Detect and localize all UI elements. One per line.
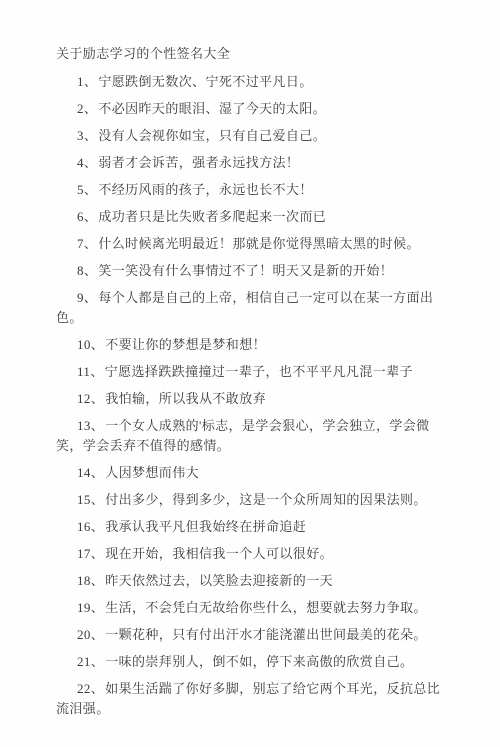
item-text: 如果生活踹了你好多脚，别忘了给它两个耳光，反抗总比流泪强。 <box>56 681 440 716</box>
item-text: 每个人都是自己的上帝，相信自己一定可以在某一方面出色。 <box>56 290 433 325</box>
item-text: 什么时候离光明最近！那就是你觉得黑暗太黑的时候。 <box>98 236 420 251</box>
list-item: 16、我承认我平凡但我始终在拼命追赶 <box>56 517 450 537</box>
list-item: 5、不经历风雨的孩子，永远也长不大！ <box>56 180 450 200</box>
item-number: 19、 <box>77 600 105 615</box>
item-text: 不经历风雨的孩子，永远也长不大！ <box>98 182 312 197</box>
list-item: 1、宁愿跌倒无数次、宁死不过平凡日。 <box>56 72 450 92</box>
item-text: 宁愿选择跌跌撞撞过一辈子，也不平平凡凡混一辈子 <box>105 364 413 379</box>
item-number: 3、 <box>77 128 98 143</box>
item-text: 不要让你的梦想是梦和想！ <box>105 337 266 352</box>
list-item: 19、生活，不会凭白无故给你些什么，想要就去努力争取。 <box>56 598 450 618</box>
list-item: 4、弱者才会诉苦，强者永远找方法！ <box>56 153 450 173</box>
item-text: 不必因昨天的眼泪、湿了今天的太阳。 <box>98 101 326 116</box>
item-number: 10、 <box>77 337 105 352</box>
item-number: 16、 <box>77 519 105 534</box>
item-number: 15、 <box>77 492 105 507</box>
item-number: 4、 <box>77 155 98 170</box>
item-text: 弱者才会诉苦，强者永远找方法！ <box>98 155 299 170</box>
page-title: 关于励志学习的个性签名大全 <box>56 44 450 64</box>
item-number: 14、 <box>77 465 105 480</box>
item-number: 2、 <box>77 101 98 116</box>
item-number: 11、 <box>77 364 105 379</box>
document-page: 关于励志学习的个性签名大全 1、宁愿跌倒无数次、宁死不过平凡日。 2、不必因昨天… <box>0 0 500 747</box>
item-text: 生活，不会凭白无故给你些什么，想要就去努力争取。 <box>105 600 427 615</box>
list-item: 12、我怕输，所以我从不敢放弃 <box>56 389 450 409</box>
item-text: 成功者只是比失败者多爬起来一次而已 <box>98 209 326 224</box>
list-item: 10、不要让你的梦想是梦和想！ <box>56 335 450 355</box>
item-number: 18、 <box>77 573 105 588</box>
item-number: 22、 <box>77 681 105 696</box>
item-number: 13、 <box>77 418 105 433</box>
item-text: 一个女人成熟的'标志，是学会狠心，学会独立，学会微笑，学会丢弃不值得的感情。 <box>56 418 430 453</box>
list-item: 20、一颗花种，只有付出汗水才能浇灌出世间最美的花朵。 <box>56 625 450 645</box>
item-text: 现在开始，我相信我一个人可以很好。 <box>105 546 333 561</box>
item-text: 我怕输，所以我从不敢放弃 <box>105 391 266 406</box>
list-item: 15、付出多少，得到多少，这是一个众所周知的因果法则。 <box>56 490 450 510</box>
item-number: 21、 <box>77 654 105 669</box>
list-item: 9、每个人都是自己的上帝，相信自己一定可以在某一方面出色。 <box>56 288 450 328</box>
item-number: 8、 <box>77 263 98 278</box>
item-number: 5、 <box>77 182 98 197</box>
item-number: 9、 <box>77 290 98 305</box>
item-text: 付出多少，得到多少，这是一个众所周知的因果法则。 <box>105 492 427 507</box>
list-item: 18、昨天依然过去，以笑脸去迎接新的一天 <box>56 571 450 591</box>
list-item: 21、一味的崇拜别人，倒不如，停下来高傲的欣赏自己。 <box>56 652 450 672</box>
item-text: 昨天依然过去，以笑脸去迎接新的一天 <box>105 573 333 588</box>
list-item: 6、成功者只是比失败者多爬起来一次而已 <box>56 207 450 227</box>
item-number: 6、 <box>77 209 98 224</box>
item-number: 12、 <box>77 391 105 406</box>
list-item: 14、人因梦想而伟大 <box>56 463 450 483</box>
item-number: 1、 <box>77 74 98 89</box>
item-text: 一颗花种，只有付出汗水才能浇灌出世间最美的花朵。 <box>105 627 427 642</box>
item-text: 笑一笑没有什么事情过不了！明天又是新的开始！ <box>98 263 393 278</box>
list-item: 8、笑一笑没有什么事情过不了！明天又是新的开始！ <box>56 261 450 281</box>
item-text: 一味的崇拜别人，倒不如，停下来高傲的欣赏自己。 <box>105 654 413 669</box>
list-item: 3、没有人会视你如宝，只有自己爱自己。 <box>56 126 450 146</box>
item-text: 没有人会视你如宝，只有自己爱自己。 <box>98 128 326 143</box>
item-text: 人因梦想而伟大 <box>105 465 199 480</box>
item-number: 20、 <box>77 627 105 642</box>
item-text: 宁愿跌倒无数次、宁死不过平凡日。 <box>98 74 312 89</box>
item-number: 17、 <box>77 546 105 561</box>
list-item: 13、一个女人成熟的'标志，是学会狠心，学会独立，学会微笑，学会丢弃不值得的感情… <box>56 416 450 456</box>
list-item: 2、不必因昨天的眼泪、湿了今天的太阳。 <box>56 99 450 119</box>
list-item: 22、如果生活踹了你好多脚，别忘了给它两个耳光，反抗总比流泪强。 <box>56 679 450 719</box>
quote-list: 1、宁愿跌倒无数次、宁死不过平凡日。 2、不必因昨天的眼泪、湿了今天的太阳。 3… <box>56 72 450 719</box>
list-item: 11、宁愿选择跌跌撞撞过一辈子，也不平平凡凡混一辈子 <box>56 362 450 382</box>
list-item: 17、现在开始，我相信我一个人可以很好。 <box>56 544 450 564</box>
item-number: 7、 <box>77 236 98 251</box>
item-text: 我承认我平凡但我始终在拼命追赶 <box>105 519 306 534</box>
list-item: 7、什么时候离光明最近！那就是你觉得黑暗太黑的时候。 <box>56 234 450 254</box>
